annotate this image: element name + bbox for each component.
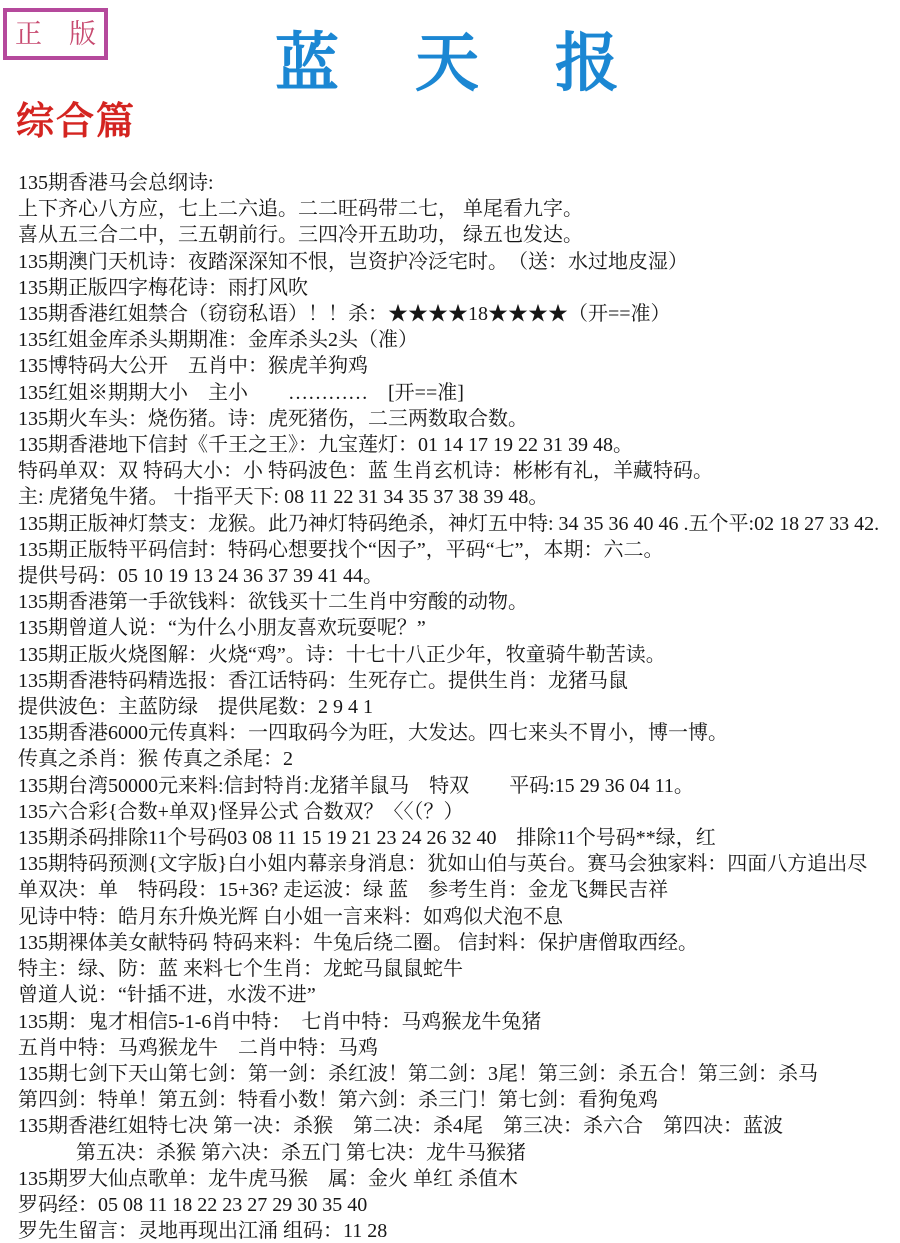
report-line: 135期杀码排除11个号码03 08 11 15 19 21 23 24 26 … <box>18 825 898 851</box>
report-line: 提供号码：05 10 19 13 24 36 37 39 41 44。 <box>18 563 898 589</box>
report-line: 135期正版特平码信封：特码心想要找个“因子”，平码“七”，本期：六二。 <box>18 537 898 563</box>
report-line: 喜从五三合二中，三五朝前行。三四冷开五助功， 绿五也发达。 <box>18 222 898 248</box>
report-line: 特码单双：双 特码大小：小 特码波色：蓝 生肖玄机诗：彬彬有礼，羊藏特码。 <box>18 458 898 484</box>
report-line: 罗码经：05 08 11 18 22 23 27 29 30 35 40 <box>18 1192 898 1218</box>
section-title: 综合篇 <box>16 90 136 145</box>
report-line: 主: 虎猪兔牛猪。 十指平天下: 08 11 22 31 34 35 37 38… <box>18 484 898 510</box>
report-line: 135期香港红姐特七决 第一决：杀猴 第二决：杀4尾 第三决：杀六合 第四决：蓝… <box>18 1113 898 1139</box>
report-line: 传真之杀肖：猴 传真之杀尾：2 <box>18 746 898 772</box>
report-line: 135期香港红姐禁合（窃窃私语）！！杀：★★★★18★★★★（开==准） <box>18 301 898 327</box>
report-line: 罗先生留言：灵地再现出江涌 组码：11 28 <box>18 1218 898 1243</box>
report-line: 135期台湾50000元来料:信封特肖:龙猪羊鼠马 特双 平码:15 29 36… <box>18 773 898 799</box>
report-line: 135期香港地下信封《千王之王》：九宝莲灯：01 14 17 19 22 31 … <box>18 432 898 458</box>
report-line: 135期特码预测{文字版}白小姐内幕亲身消息：犹如山伯与英台。赛马会独家料：四面… <box>18 851 898 877</box>
report-line: 见诗中特：皓月东升焕光辉 白小姐一言来料：如鸡似犬泡不息 <box>18 904 898 930</box>
report-line: 提供波色：主蓝防绿 提供尾数：2 9 4 1 <box>18 694 898 720</box>
report-body: 135期香港马会总纲诗:上下齐心八方应，七上二六追。二二旺码带二七， 单尾看九字… <box>18 170 898 1243</box>
report-line: 曾道人说：“针插不进，水泼不进” <box>18 982 898 1008</box>
report-line: 135期香港第一手欲钱料：欲钱买十二生肖中穷酸的动物。 <box>18 589 898 615</box>
report-line: 第四剑：特单！第五剑：特看小数！第六剑：杀三门！第七剑：看狗兔鸡 <box>18 1087 898 1113</box>
report-line: 135期火车头：烧伤猪。诗：虎死猪伤，二三两数取合数。 <box>18 406 898 432</box>
report-page: 正 版 蓝 天 报 综合篇 135期香港马会总纲诗:上下齐心八方应，七上二六追。… <box>0 0 900 1243</box>
report-line: 135期香港特码精选报：香江话特码：生死存亡。提供生肖：龙猪马鼠 <box>18 668 898 694</box>
report-line: 135红姐※期期大小 主小 ………… [开==准] <box>18 380 898 406</box>
report-line: 135红姐金库杀头期期准：金库杀头2头（准） <box>18 327 898 353</box>
report-line: 135期罗大仙点歌单：龙牛虎马猴 属：金火 单红 杀值木 <box>18 1166 898 1192</box>
report-line: 第五决：杀猴 第六决：杀五门 第七决：龙牛马猴猪 <box>18 1140 898 1166</box>
report-line: 135期曾道人说：“为什么小朋友喜欢玩耍呢？” <box>18 615 898 641</box>
report-line: 上下齐心八方应，七上二六追。二二旺码带二七， 单尾看九字。 <box>18 196 898 222</box>
report-line: 135期裸体美女献特码 特码来料：牛兔后绕二圈。 信封料：保护唐僧取西经。 <box>18 930 898 956</box>
report-line: 135期澳门天机诗：夜踏深深知不恨，岂资护冷泛宅时。 （送：水过地皮湿） <box>18 249 898 275</box>
report-line: 135期正版火烧图解：火烧“鸡”。诗：十七十八正少年，牧童骑牛勒苦读。 <box>18 642 898 668</box>
report-line: 135期正版神灯禁支：龙猴。此乃神灯特码绝杀，神灯五中特: 34 35 36 4… <box>18 511 898 537</box>
report-line: 135六合彩{合数+单双}怪异公式 合数双？〈〈（？） <box>18 799 898 825</box>
report-line: 五肖中特：马鸡猴龙牛 二肖中特：马鸡 <box>18 1035 898 1061</box>
report-line: 单双决：单 特码段：15+36? 走运波：绿 蓝 参考生肖：金龙飞舞民吉祥 <box>18 877 898 903</box>
report-line: 135期正版四字梅花诗：雨打风吹 <box>18 275 898 301</box>
report-line: 135期七剑下天山第七剑：第一剑：杀红波！第二剑：3尾！第三剑：杀五合！第三剑：… <box>18 1061 898 1087</box>
report-line: 135期：鬼才相信5-1-6肖中特： 七肖中特：马鸡猴龙牛兔猪 <box>18 1009 898 1035</box>
report-line: 135期香港6000元传真料：一四取码今为旺，大发达。四七来头不胃小，博一博。 <box>18 720 898 746</box>
report-line: 135期香港马会总纲诗: <box>18 170 898 196</box>
report-line: 135博特码大公开 五肖中：猴虎羊狗鸡 <box>18 353 898 379</box>
report-line: 特主：绿、防：蓝 来料七个生肖：龙蛇马鼠鼠蛇牛 <box>18 956 898 982</box>
